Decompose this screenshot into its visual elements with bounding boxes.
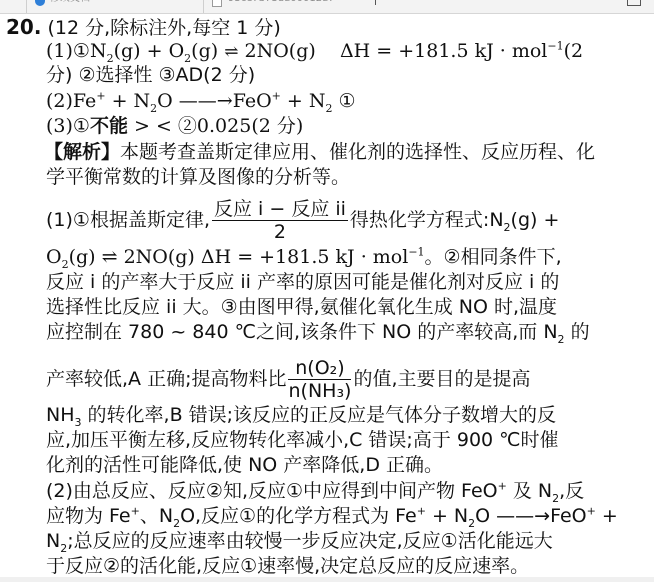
equilibrium-arrow-icon: ⇌ <box>224 41 238 63</box>
text: + N <box>106 90 151 112</box>
text: 应物为 Fe <box>46 505 131 527</box>
text: O ——→FeO <box>475 505 586 527</box>
text: (1)①N <box>46 40 107 62</box>
text: NH <box>46 404 75 426</box>
fraction-denominator: 2 <box>212 221 348 243</box>
answer-part-3: (3)①不能 > < ②0.025(2 分) <box>46 115 303 137</box>
text: ,反 <box>559 480 584 502</box>
text: ;总反应的反应速率由较慢一步反应决定,反应①活化能远大 <box>67 530 552 552</box>
text: O ——→FeO <box>157 90 272 112</box>
analysis-s7: NH3 的转化率,B 错误;该反应的正反应是气体分子数增大的反 <box>46 404 556 426</box>
text: 。②相同条件下, <box>425 246 562 268</box>
answer-part-2: (2)Fe+ + N2O ——→FeO+ + N2 ① <box>46 90 356 112</box>
analysis-s2: O2(g) ⇌ 2NO(g) ΔH = +181.5 kJ · mol−1。②相… <box>46 246 562 268</box>
browser-tab[interactable]: 修改文档 <box>26 0 203 13</box>
analysis-s12: N2;总反应的反应速率由较慢一步反应决定,反应①活化能远大 <box>46 530 553 552</box>
fraction: n(O₂)n(NH₃) <box>288 357 351 402</box>
text: 、N <box>140 505 173 527</box>
text: ① <box>333 90 356 112</box>
text: 的 <box>565 321 590 343</box>
question-number: 20. <box>6 15 41 39</box>
bold-answer: 不能 <box>90 115 128 137</box>
analysis-s10: (2)由总反应、反应②知,反应①中应得到中间产物 FeO+ 及 N2,反 <box>46 480 584 502</box>
analysis-s3: 反应 i 的产率大于反应 ii 产率的原因可能是催化剂对反应 i 的 <box>46 271 559 293</box>
text: + N <box>281 90 326 112</box>
text: 的值,主要目的是提高 <box>353 368 530 390</box>
text: 2NO(g) <box>245 40 316 62</box>
text: > < ②0.025(2 分) <box>128 115 303 137</box>
text: 的转化率,B 错误;该反应的正反应是气体分子数增大的反 <box>82 404 557 426</box>
fraction-numerator: n(O₂) <box>288 357 351 380</box>
scoring-note: (12 分,除标注外,每空 1 分) <box>47 17 280 39</box>
text: (2)Fe <box>46 90 96 112</box>
analysis-label: 【解析】 <box>44 141 120 163</box>
browser-tab[interactable]: 93ce7b73da00012a7ccc0c0 <box>203 0 332 13</box>
analysis-s9: 化剂的活性可能降低,使 NO 产率降低,D 正确。 <box>46 454 443 476</box>
text: (g) + O <box>114 40 185 62</box>
subscript: 3 <box>75 416 82 429</box>
browser-blue-icon <box>35 0 45 6</box>
tab-separator <box>375 0 376 5</box>
superscript: −1 <box>408 246 424 259</box>
superscript: + <box>96 90 105 103</box>
text: 应控制在 780 ~ 840 ℃之间,该条件下 NO 的产率较高,而 N <box>46 321 558 343</box>
fraction-numerator: 反应 i − 反应 ii <box>212 198 348 221</box>
enthalpy: ΔH = +181.5 kJ · mol <box>340 40 547 62</box>
text: O <box>46 246 62 268</box>
text: O,反应①的化学方程式为 Fe <box>180 505 417 527</box>
text: 本题考查盖斯定律应用、催化剂的选择性、反应历程、化 <box>120 141 595 163</box>
analysis-s5: 应控制在 780 ~ 840 ℃之间,该条件下 NO 的产率较高,而 N2 的 <box>46 321 590 343</box>
text: N <box>46 530 60 552</box>
analysis-s13: 于反应②的活化能,反应①速率慢,决定总反应的反应速率。 <box>46 555 529 577</box>
subscript: 2 <box>558 333 565 346</box>
answer-part-1-line-2: 分) ②选择性 ③AD(2 分) <box>46 64 255 86</box>
text: 得热化学方程式:N <box>350 209 504 231</box>
analysis-intro-2: 学平衡常数的计算及图像的分析等。 <box>46 166 350 188</box>
subscript: 2 <box>504 221 511 234</box>
text: (2)由总反应、反应②知,反应①中应得到中间产物 FeO <box>46 480 498 502</box>
text: (g) <box>191 40 218 62</box>
fraction-denominator: n(NH₃) <box>288 380 351 402</box>
fraction: 反应 i − 反应 ii2 <box>212 198 348 243</box>
window-restore-icon[interactable] <box>627 0 641 6</box>
subscript: 2 <box>62 258 69 271</box>
text: (g) ⇌ 2NO(g) ΔH = +181.5 kJ · mol <box>69 246 409 268</box>
page-bottom-edge <box>0 577 654 582</box>
superscript: −1 <box>547 40 563 53</box>
text: (g) + <box>511 209 560 231</box>
tab-label: 修改文档 <box>50 0 90 2</box>
analysis-s4: 选择性比反应 ii 大。③由图甲得,氨催化氧化生成 NO 时,温度 <box>46 296 557 318</box>
subscript: 2 <box>326 102 333 115</box>
superscript: + <box>587 505 596 518</box>
text: + <box>596 505 618 527</box>
text: (2 <box>564 40 584 62</box>
superscript: + <box>272 90 281 103</box>
question-header: 20. (12 分,除标注外,每空 1 分) <box>6 16 281 39</box>
analysis-s8: 应,加压平衡左移,反应物转化率减小,C 错误;高于 900 ℃时催 <box>46 429 559 451</box>
browser-tab-bar: 修改文档 93ce7b73da00012a7ccc0c0 <box>0 0 654 14</box>
analysis-s11: 应物为 Fe+、N2O,反应①的化学方程式为 Fe+ + N2O ——→FeO+… <box>46 505 618 527</box>
text: + N <box>426 505 468 527</box>
subscript: 2 <box>107 52 114 65</box>
text: 产率较低,A 正确;提高物料比 <box>46 368 286 390</box>
subscript: 2 <box>173 517 180 530</box>
analysis-s1: (1)①根据盖斯定律,反应 i − 反应 ii2得热化学方程式:N2(g) + <box>46 198 559 243</box>
answer-part-1-line-1: (1)①N2(g) + O2(g) ⇌ 2NO(g) ΔH = +181.5 k… <box>46 40 583 63</box>
superscript: + <box>417 505 426 518</box>
superscript: + <box>498 480 507 493</box>
analysis-s6: 产率较低,A 正确;提高物料比n(O₂)n(NH₃)的值,主要目的是提高 <box>46 357 531 402</box>
analysis-intro-1: 【解析】本题考查盖斯定律应用、催化剂的选择性、反应历程、化 <box>44 141 595 163</box>
text: 及 N <box>507 480 552 502</box>
superscript: + <box>131 505 140 518</box>
tab-label: 93ce7b73da00012a7ccc0c0 <box>228 0 332 2</box>
text: (1)①根据盖斯定律, <box>46 209 210 231</box>
page-icon <box>212 0 222 7</box>
text: (3)① <box>46 115 90 137</box>
